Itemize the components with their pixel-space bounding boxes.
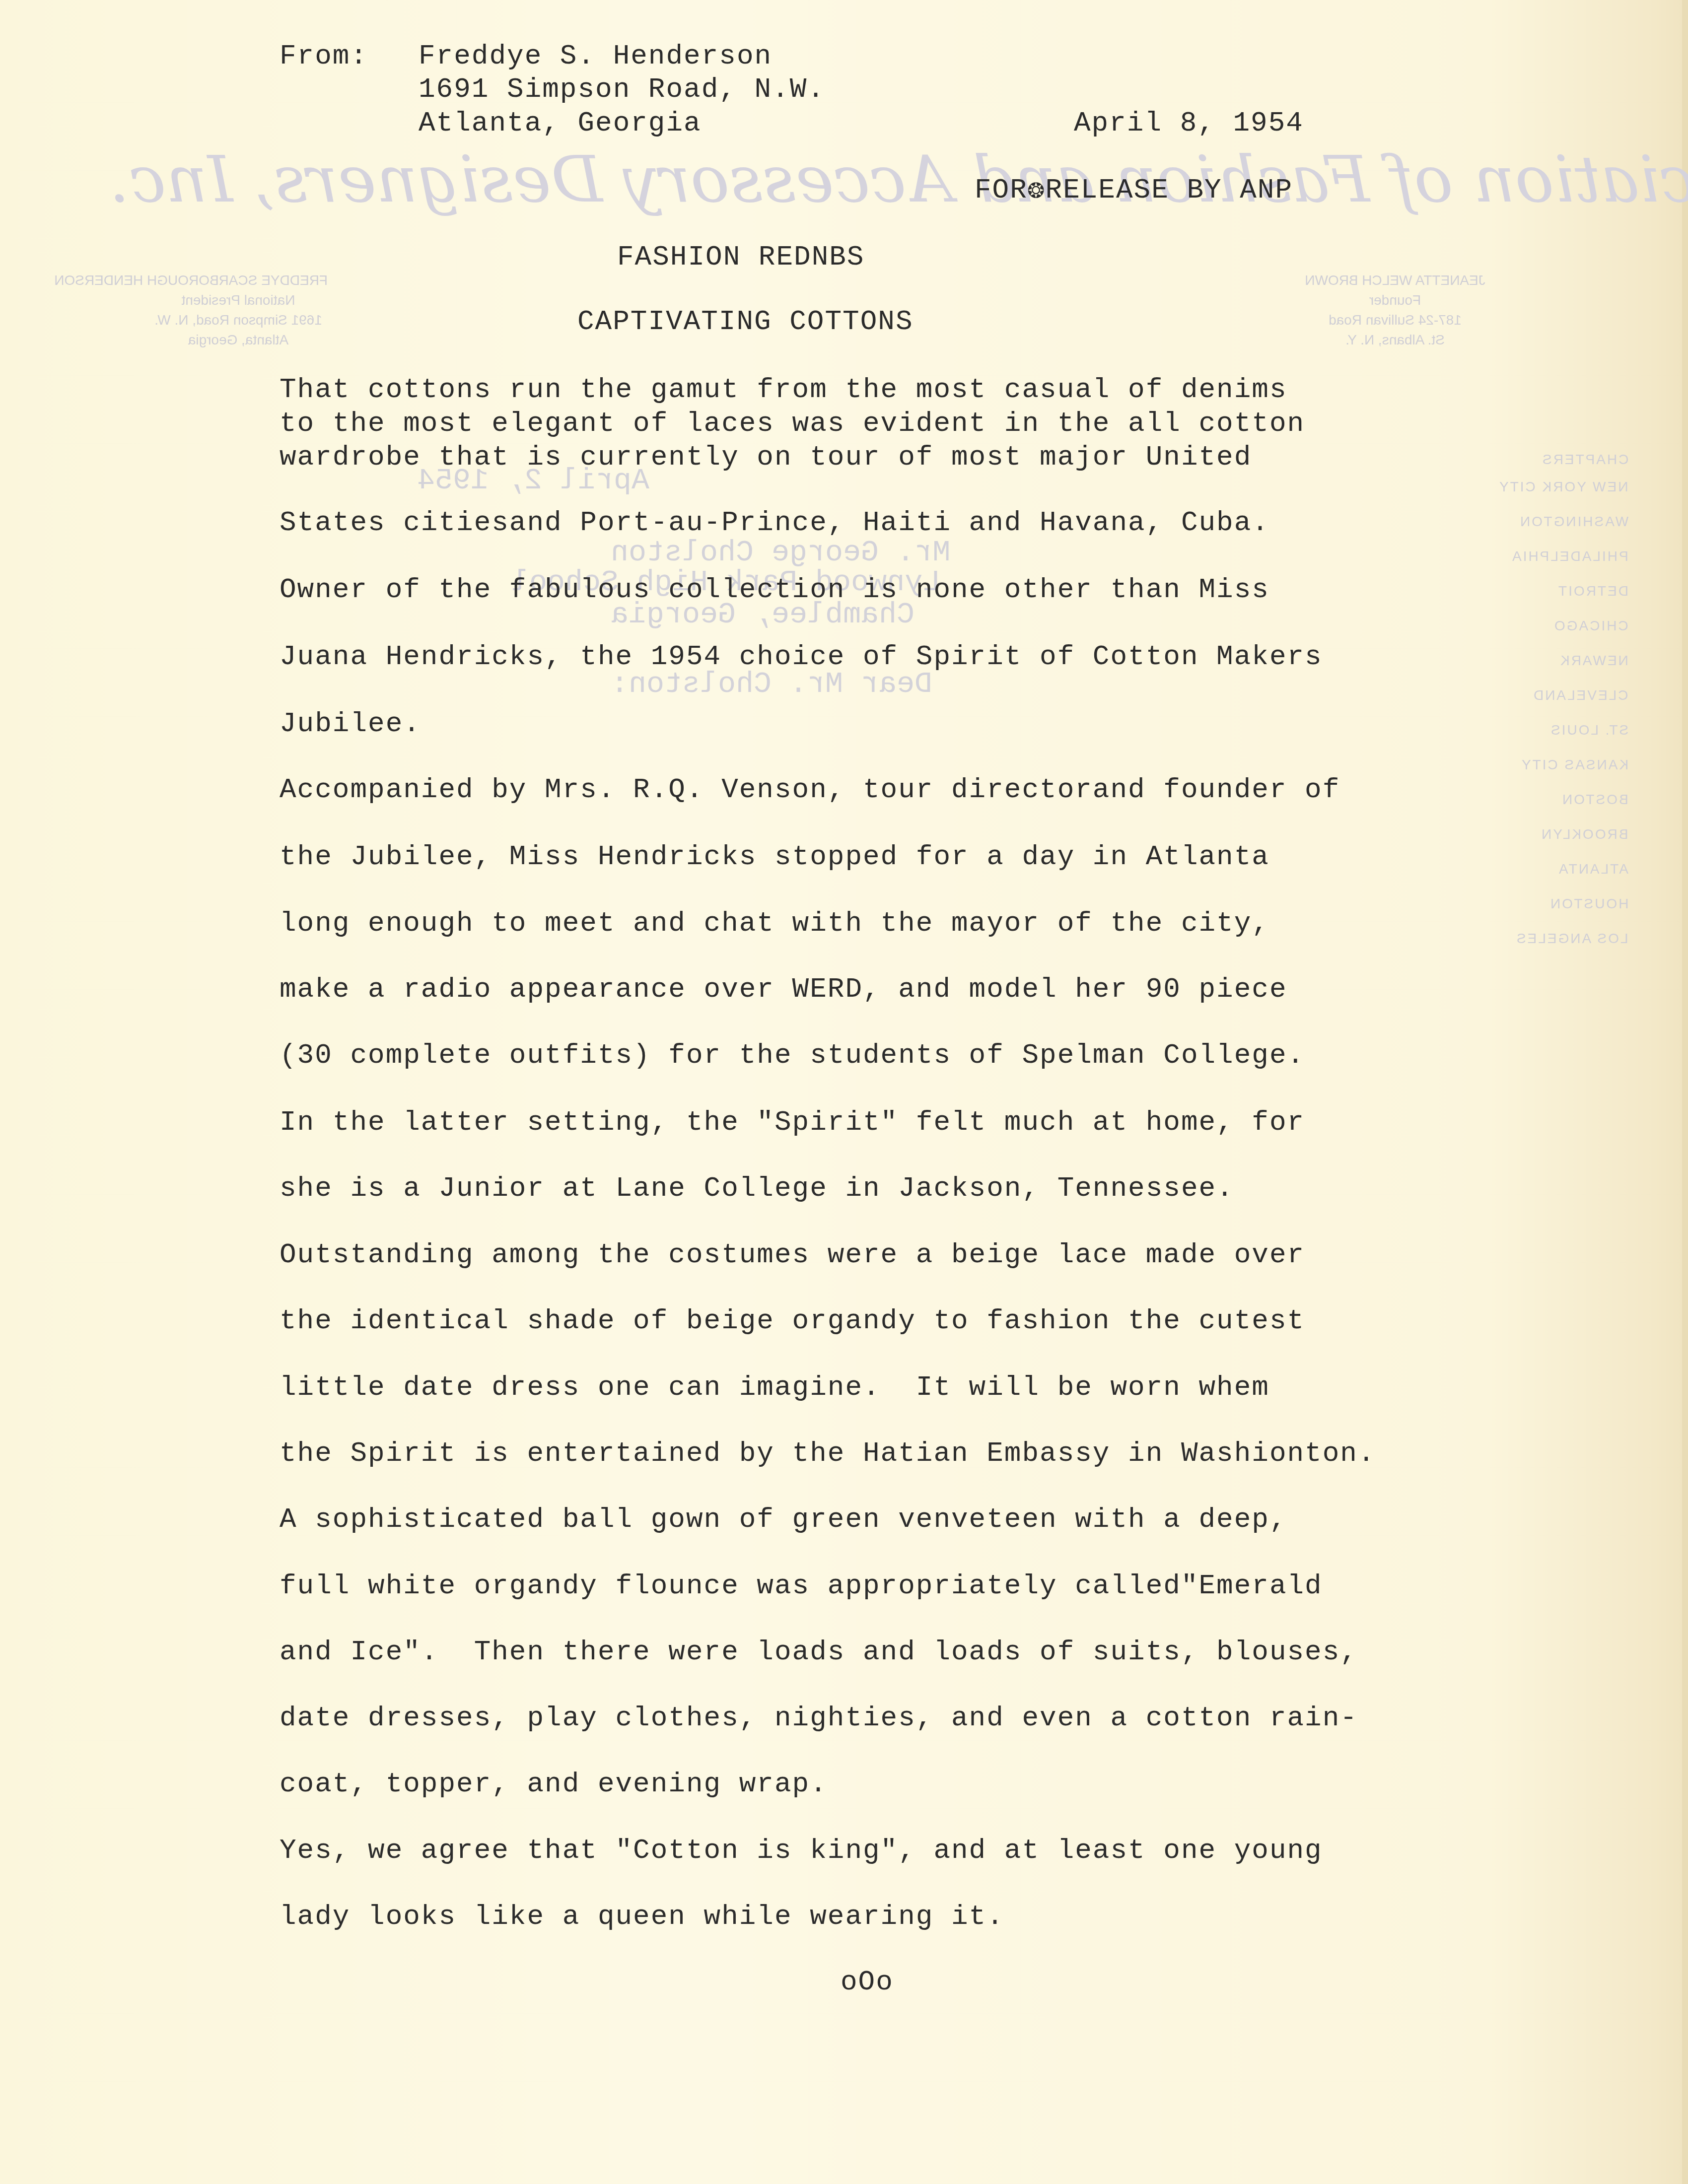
paper-edge xyxy=(1682,0,1688,2184)
letterhead-script-ghost: National Association of Fashion and Acce… xyxy=(109,141,1688,217)
sender-name: Freddye S. Henderson xyxy=(419,42,772,70)
sender-address-city: Atlanta, Georgia xyxy=(419,109,702,137)
release-note: FOR❂RELEASE BY ANP xyxy=(975,176,1293,204)
body-line: A sophisticated ball gown of green venve… xyxy=(280,1505,1287,1533)
body-line: the Spirit is entertained by the Hatian … xyxy=(280,1439,1376,1467)
typed-ghost-salutation: Dear Mr. Cholston: xyxy=(611,668,932,701)
body-line: little date dress one can imagine. It wi… xyxy=(280,1373,1269,1401)
body-line: to the most elegant of laces was evident… xyxy=(280,409,1305,437)
body-line: Accompanied by Mrs. R.Q. Venson, tour di… xyxy=(280,776,1340,804)
body-line: full white organdy flounce was appropria… xyxy=(280,1572,1323,1600)
end-mark: oOo xyxy=(841,1968,894,1996)
body-line: lady looks like a queen while wearing it… xyxy=(280,1903,1004,1930)
letterhead-left-block-ghost: FREDDYE SCARBOROUGH HENDERSON National P… xyxy=(149,271,328,350)
body-line: Outstanding among the costumes were a be… xyxy=(280,1241,1305,1269)
body-line: States citiesand Port-au-Prince, Haiti a… xyxy=(280,509,1269,537)
body-line: coat, topper, and evening wrap. xyxy=(280,1770,828,1798)
letter-date: April 8, 1954 xyxy=(1074,109,1304,137)
body-line: Owner of the fabulous collection is none… xyxy=(280,576,1269,604)
body-line: wardrobe that is currently on tour of mo… xyxy=(280,443,1252,471)
body-line: date dresses, play clothes, nighties, an… xyxy=(280,1704,1358,1732)
body-line: the Jubilee, Miss Hendricks stopped for … xyxy=(280,843,1269,871)
body-line: In the latter setting, the "Spirit" felt… xyxy=(280,1108,1305,1136)
sender-address-street: 1691 Simpson Road, N.W. xyxy=(419,75,825,103)
body-line: and Ice". Then there were loads and load… xyxy=(280,1638,1358,1666)
body-line: (30 complete outfits) for the students o… xyxy=(280,1041,1305,1069)
body-line: Juana Hendricks, the 1954 choice of Spir… xyxy=(280,643,1323,671)
body-line: Yes, we agree that "Cotton is king", and… xyxy=(280,1837,1323,1864)
body-line: she is a Junior at Lane College in Jacks… xyxy=(280,1174,1234,1202)
letterhead-right-block-ghost: JEANETTA WELCH BROWN Founder 187-24 Sull… xyxy=(1296,271,1494,350)
body-line: make a radio appearance over WERD, and m… xyxy=(280,975,1287,1003)
body-line: long enough to meet and chat with the ma… xyxy=(280,909,1269,937)
from-label: From: xyxy=(280,42,368,70)
typed-ghost-recipient: Mr. George Cholston xyxy=(611,536,950,570)
body-line: the identical shade of beige organdy to … xyxy=(280,1307,1305,1335)
headline: CAPTIVATING COTTONS xyxy=(577,308,914,336)
body-line: That cottons run the gamut from the most… xyxy=(280,376,1287,404)
column-title: FASHION REDNBS xyxy=(617,243,864,271)
body-line: Jubilee. xyxy=(280,710,421,738)
